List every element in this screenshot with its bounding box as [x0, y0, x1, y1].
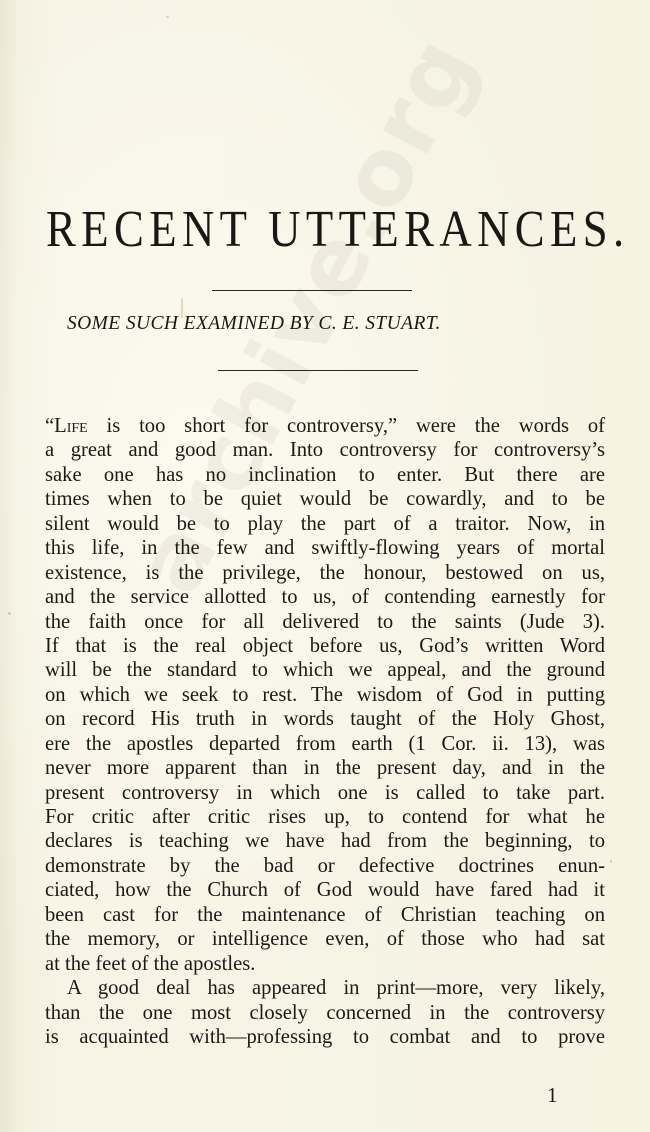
text-line: never more apparent than in the present …: [45, 756, 605, 780]
text-line: A good deal has appeared in print—more, …: [45, 976, 605, 1000]
body-text: “Life is too short for controversy,” wer…: [45, 414, 605, 1049]
text-line: been cast for the maintenance of Christi…: [45, 903, 605, 927]
text-line: this life, in the few and swiftly-flowin…: [45, 536, 605, 560]
paper-speck: [8, 612, 11, 615]
page-subtitle: SOME SUCH EXAMINED BY C. E. STUART.: [67, 313, 441, 335]
text-line: present controversy in which one is call…: [45, 781, 605, 805]
text-line: than the one most closely concerned in t…: [45, 1001, 605, 1025]
text-line: If that is the real object before us, Go…: [45, 634, 605, 658]
text-line: and the service allotted to us, of conte…: [45, 585, 605, 609]
paper-speck: [610, 860, 612, 863]
text-line: existence, is the privilege, the honour,…: [45, 561, 605, 585]
text-line: ciated, how the Church of God would have…: [45, 878, 605, 902]
divider-rule: [212, 290, 412, 291]
text-line: will be the standard to which we appeal,…: [45, 658, 605, 682]
text-line: a great and good man. Into controversy f…: [45, 438, 605, 462]
text-line: on record His truth in words taught of t…: [45, 707, 605, 731]
text-line: times when to be quiet would be cowardly…: [45, 487, 605, 511]
text-line: silent would be to play the part of a tr…: [45, 512, 605, 536]
opening-word: Life: [54, 415, 88, 437]
book-page: archive.org RECENT UTTERANCES. SOME SUCH…: [0, 0, 650, 1132]
text-line: on which we seek to rest. The wisdom of …: [45, 683, 605, 707]
text-line: is acquainted with—professing to combat …: [45, 1025, 605, 1049]
text-line: demonstrate by the bad or defective doct…: [45, 854, 605, 878]
text-line: sake one has no inclination to enter. Bu…: [45, 463, 605, 487]
text-line: For critic after critic rises up, to con…: [45, 805, 605, 829]
divider-rule: [218, 370, 418, 371]
text-line: the faith once for all delivered to the …: [45, 610, 605, 634]
paper-speck: [166, 16, 169, 18]
text-line: at the feet of the apostles.: [45, 952, 605, 976]
text-line: ere the apostles departed from earth (1 …: [45, 732, 605, 756]
text-line: the memory, or intelligence even, of tho…: [45, 927, 605, 951]
text-line: “Life is too short for controversy,” wer…: [45, 414, 605, 438]
opening-quote: “: [45, 415, 54, 437]
text-line: declares is teaching we have had from th…: [45, 829, 605, 853]
page-number: 1: [547, 1083, 558, 1108]
page-title: RECENT UTTERANCES.: [46, 200, 536, 260]
